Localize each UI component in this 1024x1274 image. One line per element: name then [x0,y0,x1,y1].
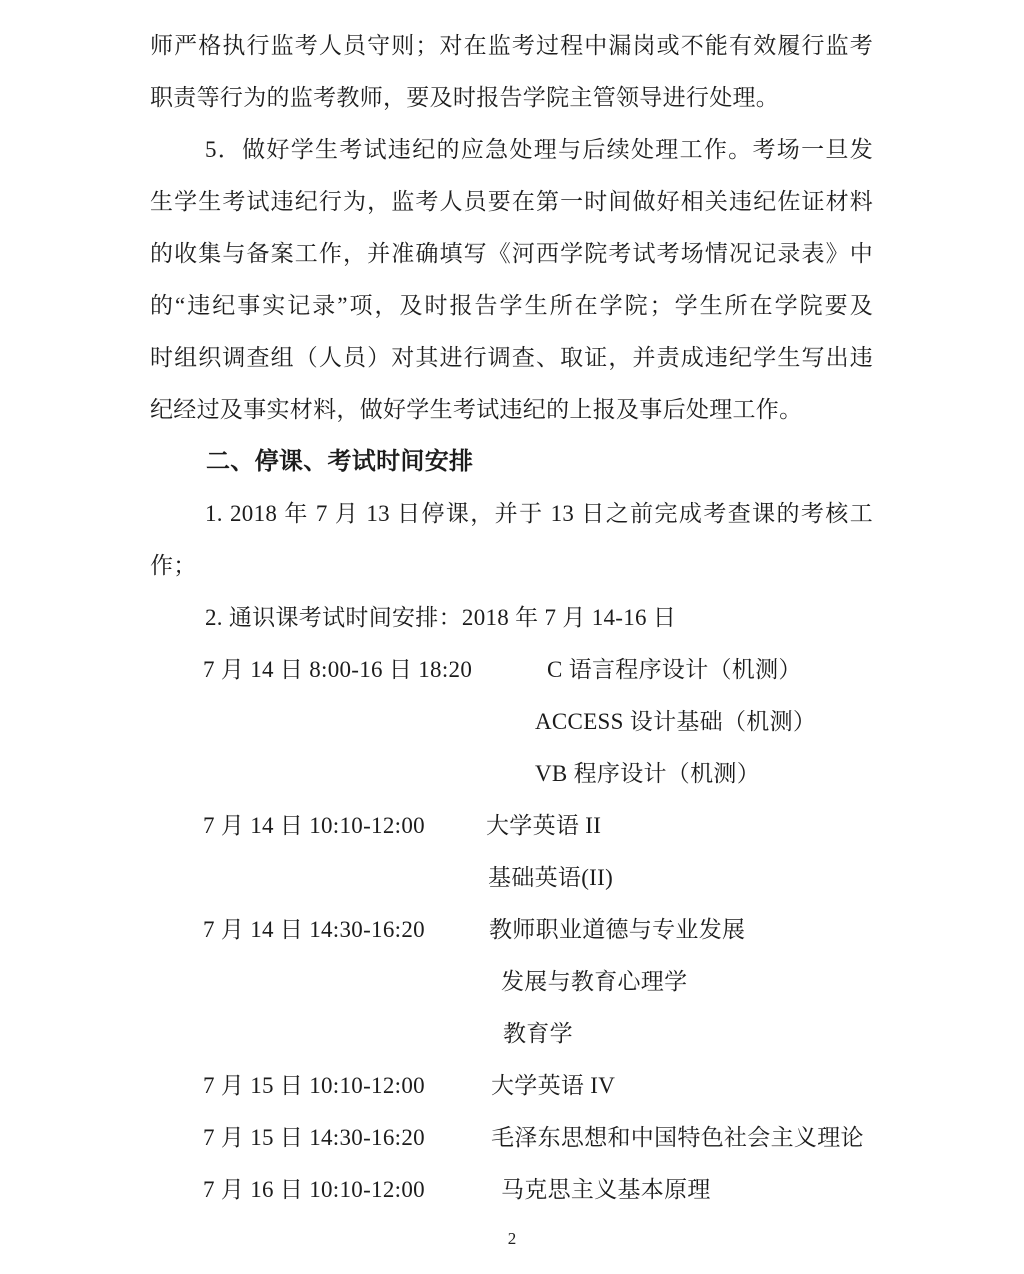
body-line-text: 2. 通识课考试时间安排：2018 年 7 月 14-16 日 [205,592,676,644]
body-line: 职责等行为的监考教师，要及时报告学院主管领导进行处理。 [150,72,874,124]
course-continuation-line-text: 基础英语(II) [488,852,613,904]
schedule-line-text: 7 月 14 日 8:00-16 日 18:20 [203,644,472,696]
schedule-line: 7 月 15 日 10:10-12:00大学英语 IV [150,1060,874,1112]
course-continuation-line-text: 发展与教育心理学 [501,956,687,1008]
course-continuation-line-text: ACCESS 设计基础（机测） [535,696,816,748]
course-continuation-line: VB 程序设计（机测） [150,748,874,800]
body-line: 5．做好学生考试违纪的应急处理与后续处理工作。考场一旦发 [150,124,874,176]
schedule-line-text: 7 月 15 日 14:30-16:20 [203,1112,425,1164]
schedule-line-text: 毛泽东思想和中国特色社会主义理论 [491,1112,864,1164]
course-continuation-line: 教育学 [150,1008,874,1060]
body-line: 1. 2018 年 7 月 13 日停课，并于 13 日之前完成考查课的考核工 [150,488,874,540]
schedule-line-text: 7 月 14 日 10:10-12:00 [203,800,425,852]
schedule-line-text: 大学英语 II [486,800,601,852]
body-line: 2. 通识课考试时间安排：2018 年 7 月 14-16 日 [150,592,874,644]
schedule-line: 7 月 14 日 14:30-16:20教师职业道德与专业发展 [150,904,874,956]
body-line: 的收集与备案工作，并准确填写《河西学院考试考场情况记录表》中 [150,228,874,280]
course-continuation-line-text: 教育学 [503,1008,573,1060]
schedule-line-text: 大学英语 IV [491,1060,615,1112]
section-heading: 二、停课、考试时间安排 [150,436,874,488]
body-line-text: 职责等行为的监考教师，要及时报告学院主管领导进行处理。 [150,72,779,124]
schedule-line: 7 月 14 日 10:10-12:00大学英语 II [150,800,874,852]
page-number: 2 [0,1226,1024,1252]
body-line: 作； [150,540,874,592]
document-page: 师严格执行监考人员守则；对在监考过程中漏岗或不能有效履行监考职责等行为的监考教师… [0,0,1024,1274]
body-line-text: 生学生考试违纪行为，监考人员要在第一时间做好相关违纪佐证材料 [150,176,873,228]
course-continuation-line: 基础英语(II) [150,852,874,904]
section-heading-text: 二、停课、考试时间安排 [206,436,473,488]
course-continuation-line: 发展与教育心理学 [150,956,874,1008]
schedule-line-text: 7 月 16 日 10:10-12:00 [203,1164,425,1216]
body-line: 师严格执行监考人员守则；对在监考过程中漏岗或不能有效履行监考 [150,20,874,72]
body-line-text: 1. 2018 年 7 月 13 日停课，并于 13 日之前完成考查课的考核工 [205,488,873,540]
body-line-text: 时组织调查组（人员）对其进行调查、取证，并责成违纪学生写出违 [150,332,873,384]
document-body: 师严格执行监考人员守则；对在监考过程中漏岗或不能有效履行监考职责等行为的监考教师… [150,20,874,1216]
body-line: 生学生考试违纪行为，监考人员要在第一时间做好相关违纪佐证材料 [150,176,874,228]
course-continuation-line-text: VB 程序设计（机测） [535,748,760,800]
course-continuation-line: ACCESS 设计基础（机测） [150,696,874,748]
body-line-text: 作； [150,540,197,592]
body-line-text: 纪经过及事实材料，做好学生考试违纪的上报及事后处理工作。 [150,384,802,436]
body-line-text: 5．做好学生考试违纪的应急处理与后续处理工作。考场一旦发 [205,124,873,176]
schedule-line: 7 月 15 日 14:30-16:20毛泽东思想和中国特色社会主义理论 [150,1112,874,1164]
schedule-line-text: 马克思主义基本原理 [501,1164,711,1216]
schedule-line-text: C 语言程序设计（机测） [547,644,802,696]
body-line: 的“违纪事实记录”项，及时报告学生所在学院；学生所在学院要及 [150,280,874,332]
schedule-line: 7 月 16 日 10:10-12:00马克思主义基本原理 [150,1164,874,1216]
body-line-text: 师严格执行监考人员守则；对在监考过程中漏岗或不能有效履行监考 [150,20,873,72]
schedule-line-text: 7 月 15 日 10:10-12:00 [203,1060,425,1112]
body-line-text: 的收集与备案工作，并准确填写《河西学院考试考场情况记录表》中 [150,228,873,280]
schedule-line-text: 教师职业道德与专业发展 [489,904,745,956]
body-line: 纪经过及事实材料，做好学生考试违纪的上报及事后处理工作。 [150,384,874,436]
schedule-line-text: 7 月 14 日 14:30-16:20 [203,904,425,956]
body-line: 时组织调查组（人员）对其进行调查、取证，并责成违纪学生写出违 [150,332,874,384]
body-line-text: 的“违纪事实记录”项，及时报告学生所在学院；学生所在学院要及 [150,280,873,332]
schedule-line: 7 月 14 日 8:00-16 日 18:20C 语言程序设计（机测） [150,644,874,696]
